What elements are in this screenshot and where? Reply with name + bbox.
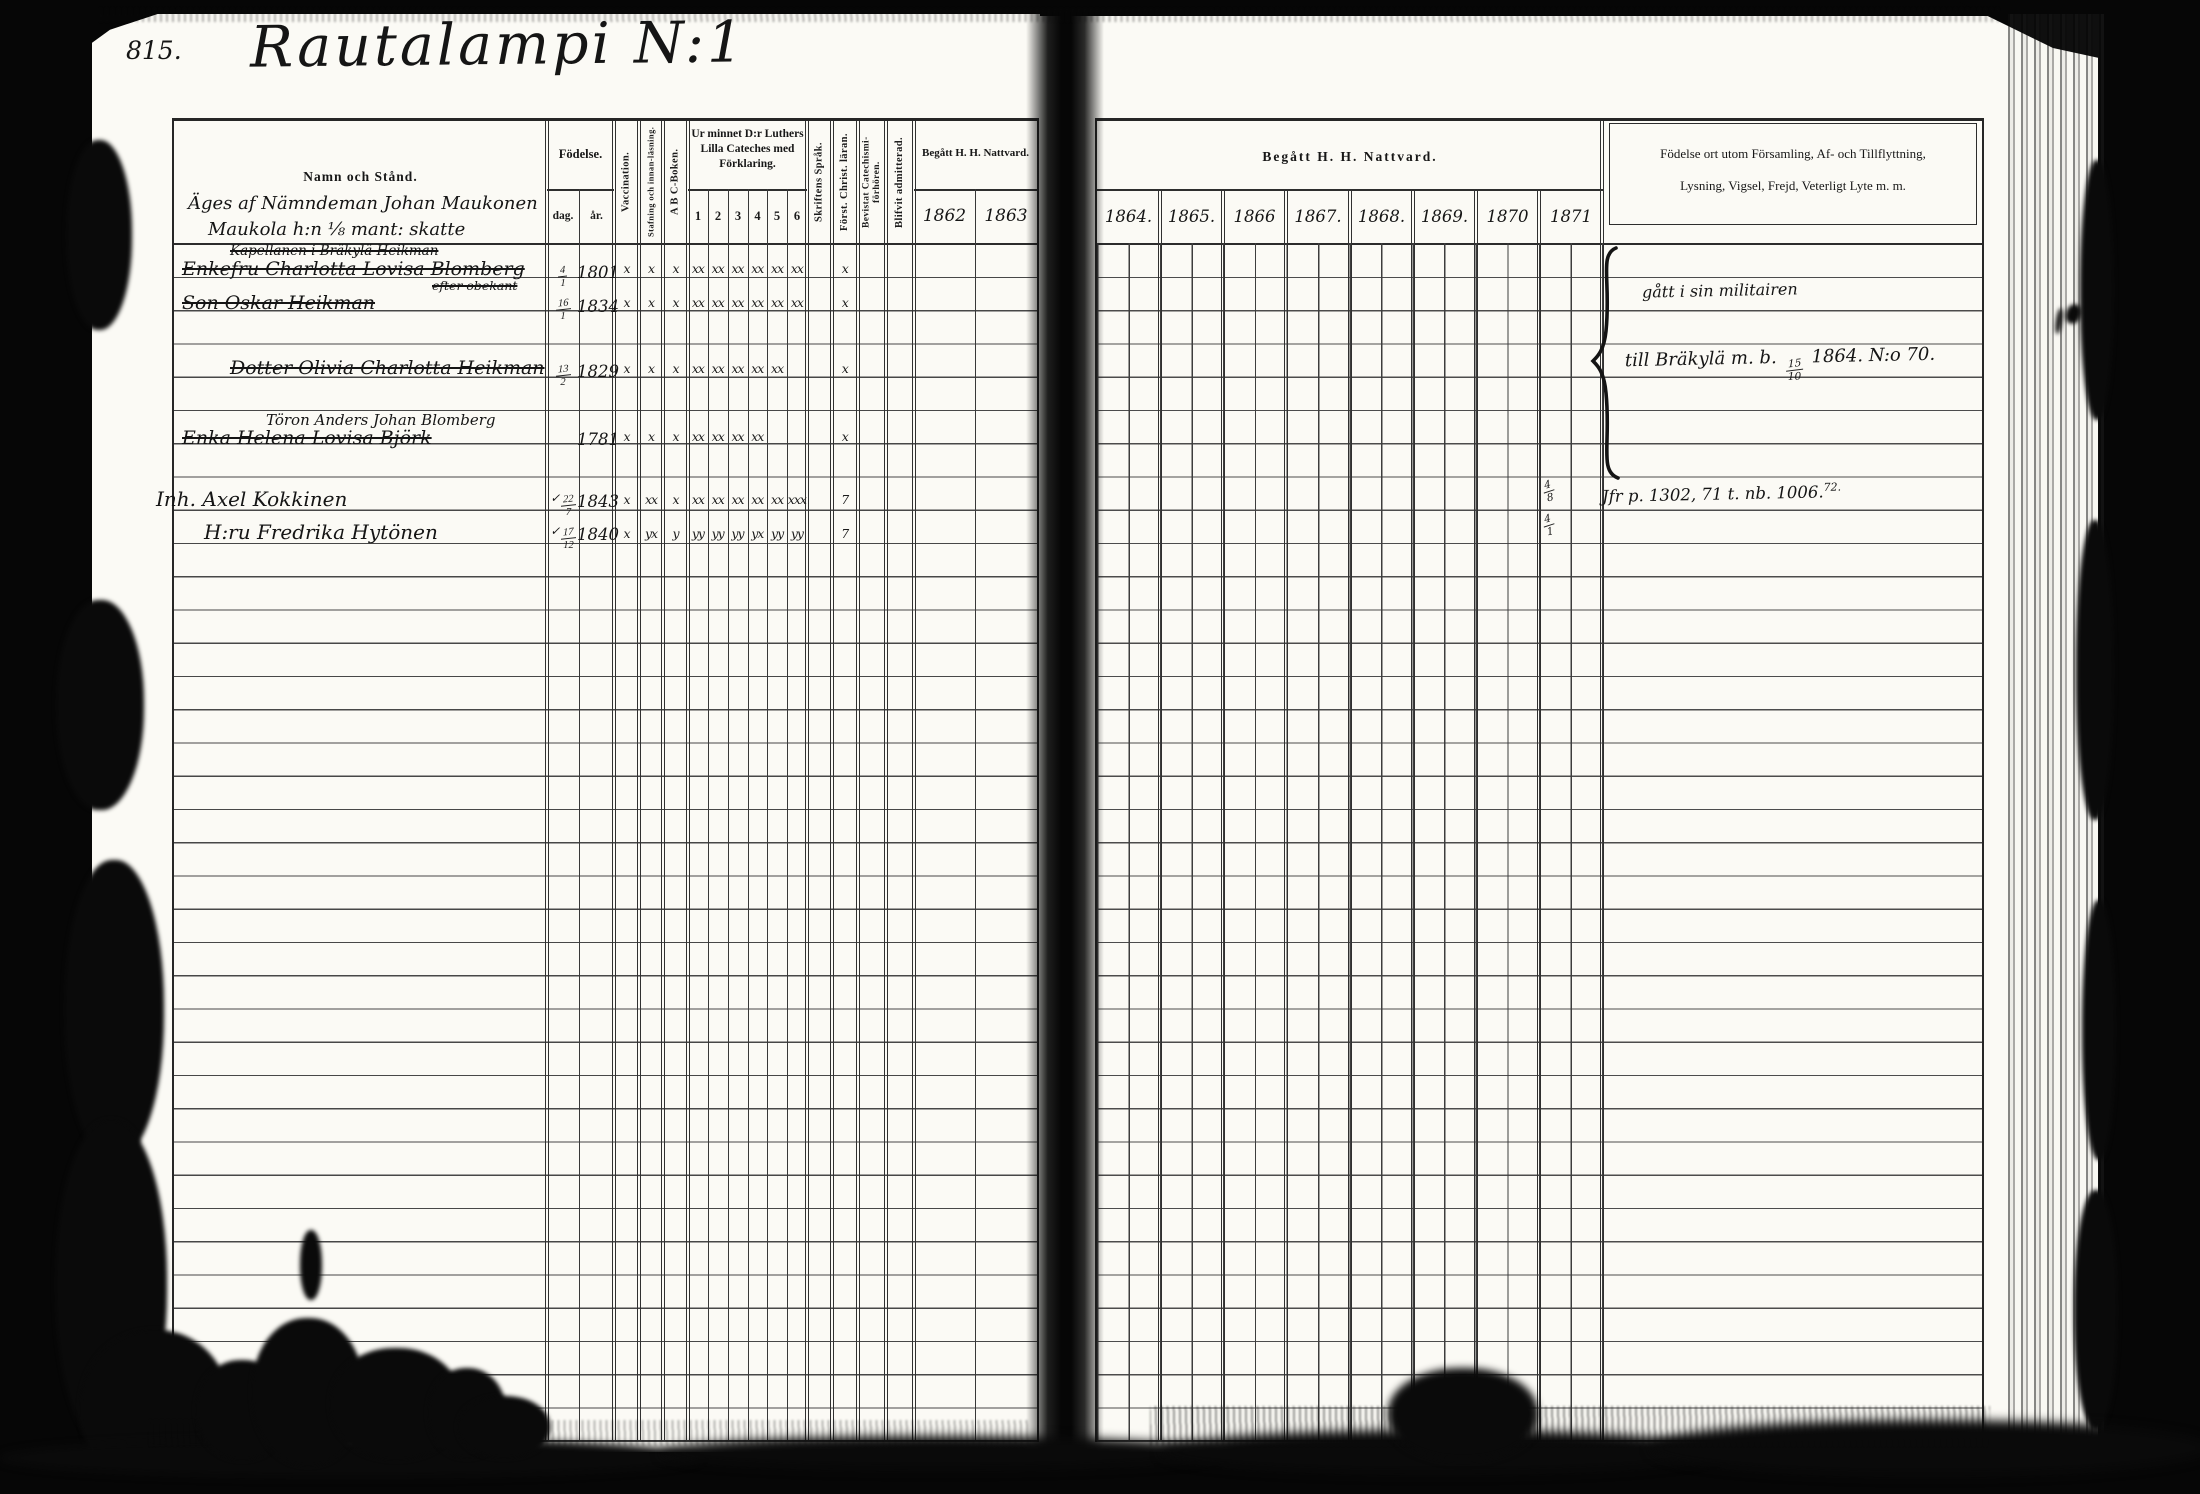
catechism-part-3: 3: [728, 189, 748, 243]
ink-smudge: [2082, 900, 2116, 1160]
communion-year-1867: 1867.: [1286, 189, 1350, 243]
column-rule: [1158, 189, 1162, 1440]
ink-blot: [1388, 1368, 1538, 1460]
col-header-spelling: Stafning och innan-läsning.: [639, 124, 663, 240]
scanned-parish-register-spread: 815. Rautalampi N:1 Namn och Stånd. Äges…: [0, 0, 2200, 1494]
communion-year-1866: 1866: [1223, 189, 1286, 243]
col-header-birth-year: år.: [579, 189, 614, 243]
scan-noise-bottom: [1150, 1406, 1990, 1446]
col-header-birth-day: dag.: [547, 189, 579, 243]
entry-marks: x x x xx xx xx xx x: [614, 427, 860, 445]
check-mark: ✓: [550, 524, 560, 538]
column-rule: [1474, 189, 1478, 1440]
owner-note-line1: Äges af Nämndeman Johan Maukonen: [188, 193, 538, 214]
entry-marks: x yx y yy yy yy yx yy yy 7: [614, 524, 860, 542]
column-rule: [975, 189, 976, 1440]
notes-header-line2: Lysning, Vigsel, Frejd, Veterligt Lyte m…: [1610, 178, 1976, 194]
ink-smudge: [66, 140, 132, 330]
entry-name: Enka Helena Lovisa Björk: [182, 427, 432, 449]
column-rule: [686, 121, 690, 1440]
catechism-part-5: 5: [767, 189, 787, 243]
entry-note-above: efter obekant: [432, 278, 517, 293]
communion-year-1865: 1865.: [1160, 189, 1223, 243]
catechism-part-2: 2: [708, 189, 728, 243]
entry-name: Dotter Olivia Charlotta Heikman: [230, 357, 545, 379]
col-header-doctrine: Först. Christ. läran.: [832, 124, 858, 240]
entry-name: Son Oskar Heikman: [182, 292, 375, 314]
entry-name: H:ru Fredrika Hytönen: [204, 520, 438, 544]
owner-note-line2: Maukola h:n ⅛ mant: skatte: [208, 219, 465, 240]
column-rule: [1411, 189, 1415, 1440]
ink-blot: [458, 1396, 550, 1458]
entry-marks: x xx x xx xx xx xx xx xxx 7: [614, 490, 860, 508]
column-rule: [912, 121, 916, 1440]
entry-note-above: Kapellanen i Bräkylä Heikman: [230, 243, 438, 259]
column-rule: [830, 121, 834, 1440]
communion-year-1868: 1868.: [1350, 189, 1413, 243]
ink-smudge: [64, 860, 164, 1160]
communion-year-1870: 1870: [1476, 189, 1539, 243]
book-gutter-shadow: [1026, 0, 1104, 1470]
annotation-military: gått i sin militairen: [1642, 279, 1798, 301]
ink-smudge: [56, 600, 144, 810]
catechism-part-1: 1: [688, 189, 708, 243]
col-header-abc-book: A B C-Boken.: [663, 124, 688, 240]
col-header-communion: Begått H. H. Nattvard.: [914, 147, 1037, 159]
entry-marks: x x x xx xx xx xx xx xx x: [614, 259, 860, 277]
col-header-scripture: Skriftens Språk.: [807, 124, 832, 240]
column-rule: [856, 121, 860, 1440]
catechism-part-6: 6: [787, 189, 807, 243]
ink-smudge: [2076, 520, 2114, 820]
annotation-reference-sup: 72.: [1823, 480, 1841, 493]
col-header-birth: Födelse.: [547, 147, 614, 162]
col-header-name: Namn och Stånd.: [174, 169, 547, 185]
col-header-vaccination: Vaccination.: [614, 124, 639, 240]
column-rule: [805, 121, 809, 1440]
column-rule: [637, 121, 641, 1440]
scan-noise-top: [100, 8, 2000, 22]
column-rule: [1284, 189, 1288, 1440]
communion-year-1864: 1864.: [1097, 189, 1160, 243]
annotation-moved-to: till Bräkylä m. b. 1510 1864. N:o 70.: [1625, 344, 1936, 387]
entry-marks: x x x xx xx xx xx xx x: [614, 359, 860, 377]
entry-name: Enkefru Charlotta Lovisa Blomberg: [182, 258, 525, 280]
ink-blot: [300, 1230, 322, 1300]
column-rule: [1537, 189, 1541, 1440]
column-rule: [1221, 189, 1225, 1440]
communion-year-1871: 1871: [1539, 189, 1603, 243]
ink-smudge: [2080, 160, 2114, 420]
entry-marks: x x x xx xx xx xx xx xx x: [614, 293, 860, 311]
right-register-table: Begått H. H. Nattvard. 1864. 1865. 1866 …: [1095, 118, 1984, 1442]
annotation-moved-to-pre: till Bräkylä m. b.: [1625, 347, 1777, 371]
column-rule: [661, 121, 665, 1440]
annotation-moved-to-post: 1864. N:o 70.: [1811, 344, 1935, 368]
check-mark: ✓: [550, 491, 560, 505]
col-header-catechism: Ur minnet D:r Luthers Lilla Cateches med…: [690, 127, 805, 172]
column-rule: [612, 121, 616, 1440]
page-number: 815.: [126, 36, 182, 65]
col-header-communion-right: Begått H. H. Nattvard.: [1097, 149, 1603, 165]
entry-name: Inh. Axel Kokkinen: [156, 487, 347, 511]
notes-header-line1: Födelse ort utom Församling, Af- och Til…: [1610, 146, 1976, 162]
communion-year-1869: 1869.: [1413, 189, 1476, 243]
col-header-exams: Bevistat Catechismi-förhören.: [858, 124, 886, 240]
ink-smudge: [2074, 1190, 2118, 1430]
notes-column-header: Födelse ort utom Församling, Af- och Til…: [1609, 123, 1977, 225]
column-rule: [1348, 189, 1352, 1440]
column-rule: [884, 121, 888, 1440]
communion-year-1862: 1862: [914, 189, 975, 243]
col-header-admitted: Blifvit admitterad.: [886, 124, 914, 240]
grouping-brace: [1589, 245, 1623, 481]
catechism-part-4: 4: [748, 189, 767, 243]
